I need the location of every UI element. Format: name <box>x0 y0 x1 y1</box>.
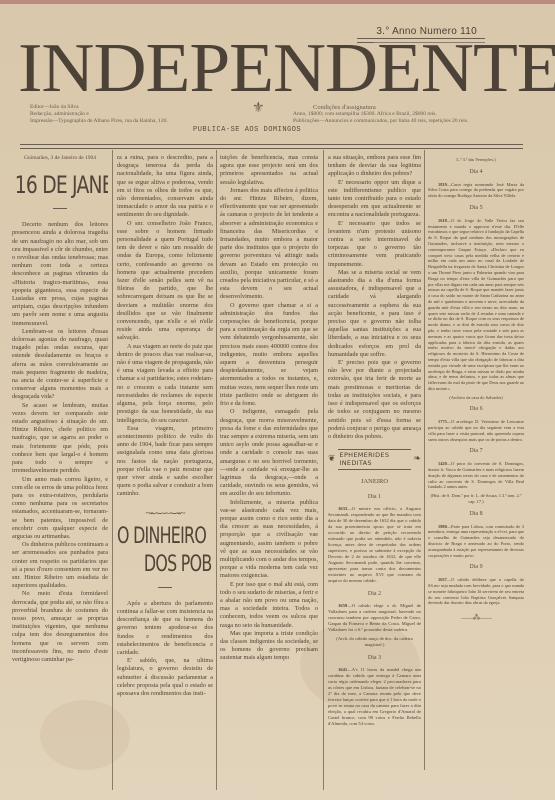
paragraph: E' necessario que todos se levantem n'um… <box>328 220 421 269</box>
editor-line: Impressão—Typographia de Albano Pires, r… <box>30 118 168 125</box>
ephemeris-entry: 1641—A's 11 horas da manhã chega um cara… <box>328 667 421 727</box>
entry-year: 1637 <box>438 577 447 582</box>
column-rule <box>216 150 217 790</box>
editor-line: Redacção, administração e <box>30 111 168 118</box>
day-heading: Dia 9 <box>428 565 524 571</box>
dateline: Guimarães, 3 de Janeiro de 1904 <box>12 154 108 162</box>
entry-source: (Arch. do cabido maço de doc. da cadeira… <box>328 636 421 648</box>
column-4: a sua situação, embora para esse fim ten… <box>328 154 421 727</box>
day-heading: Dia 5 <box>428 206 524 212</box>
editor-line: Editor—João da Silva <box>30 104 168 111</box>
ornament-icon: ❦ <box>328 455 336 463</box>
column-rule <box>424 150 425 770</box>
entry-year: 1659 <box>338 603 347 608</box>
paragraph: Se acaso se lembram, muitas vezes devem … <box>12 402 108 476</box>
paragraph: Após a abertura do parlamento continua a… <box>117 600 213 657</box>
column-2: ra a ruina, para o descredito, para a de… <box>117 154 213 698</box>
column-3: tuições de beneficencia, mas consta agor… <box>220 154 318 663</box>
paragraph: Decerto nenhum dos leitores presenceou a… <box>12 221 108 328</box>
entry-source: (Hist. de S. Dom.º por fr. L. de Souza, … <box>428 493 524 505</box>
masthead-rule <box>20 144 523 149</box>
headline-rule <box>158 587 172 588</box>
column-5: L.º 3.º das Vereações.) Dia 4 1819—Carta… <box>428 154 524 622</box>
paragraph: ra a ruina, para o descredito, para a de… <box>117 154 213 220</box>
column-1: Guimarães, 3 de Janeiro de 1904 16 DE JA… <box>12 154 108 664</box>
paragraph: E' preciso pois que o governo não leve p… <box>328 359 421 441</box>
paragraph: E por isso que o mal ahi está, com todo … <box>220 581 318 630</box>
conditions-title: Condições d'assignatura <box>293 104 468 111</box>
paragraph: Lembram-se os leitores d'essas dolorosas… <box>12 328 108 402</box>
day-heading: Dia 8 <box>428 512 524 518</box>
entry-year: 1819 <box>438 182 447 187</box>
publication-schedule: PUBLICA-SE AOS DOMINGOS <box>193 126 301 134</box>
paragraph: O governo quer chamar a si a administraç… <box>220 302 318 409</box>
conditions-line: Publicações—Annuncios e communicados, po… <box>293 118 468 125</box>
entry-text: —A's 11 horas da manhã chega um carabina… <box>328 667 421 726</box>
paragraph: Mas que importa a triste condição das cl… <box>220 630 318 663</box>
ephemerides-header: ❦ EPHEMERIDES INEDITAS ❧ <box>328 449 421 469</box>
day-heading: Dia 4 <box>428 170 524 176</box>
day-heading: Dia 1 <box>328 494 421 500</box>
article-headline: 16 DE JANEIRO <box>15 170 105 200</box>
ephemeris-entry: 1618—O dr. Jorge do Valle Vieira faz seu… <box>428 218 524 392</box>
end-ornament: ——⁂—— <box>428 616 524 622</box>
ephemeris-entry: 1819—Carta regia nomeando José Maria da … <box>428 182 524 199</box>
paragraph: O snr. conselheiro João Franco, esse sob… <box>117 220 213 343</box>
entry-text: —O mestre em officio, a Augusto Secomand… <box>328 506 421 583</box>
headline-rule <box>53 208 67 209</box>
day-heading: Dia 2 <box>328 591 421 597</box>
column-rule <box>323 150 324 790</box>
day-heading: Dia 6 <box>428 407 524 413</box>
newspaper-title: INDEPENDENTE <box>18 34 511 104</box>
section-divider-ornament: ~⌁⁓∽⁓⌁~ <box>117 509 213 517</box>
paragraph: No meio d'esta formidavel derrocada, que… <box>12 590 108 664</box>
ephemerides-col4: Dia 1 1633—O mestre em officio, a August… <box>328 494 421 727</box>
ephemeris-entry: 1633—O mestre em officio, a Augusto Seco… <box>328 506 421 584</box>
entry-source: (Archivo da casa do Salvador) <box>428 395 524 401</box>
entry-year: 1633 <box>338 506 347 511</box>
paragraph: Os dinheiros publicos continuam a ser ar… <box>12 541 108 590</box>
day-heading: Dia 7 <box>428 449 524 455</box>
paper-stain <box>40 700 130 770</box>
editor-info: Editor—João da Silva Redacção, administr… <box>30 104 168 125</box>
ephemeris-entry: 1659—O cabido elege o dr. Miguel de Vall… <box>328 603 421 633</box>
entry-year: 1420 <box>438 461 447 466</box>
paragraph: Essa viagem, primeiro acontecimento poli… <box>117 425 213 499</box>
entry-year: 1618 <box>438 218 447 223</box>
entry-year: 1880 <box>438 524 447 529</box>
month-heading: JANEIRO <box>328 478 421 486</box>
ephemeris-entry: 1420—O prior do convento de S. Domingos,… <box>428 461 524 490</box>
paragraph: A sua viagem ao norte do paiz que dentro… <box>117 343 213 425</box>
article-headline: O DINHEIRO <box>117 523 186 551</box>
entry-year: 1775 <box>438 419 447 424</box>
paragraph: a sua situação, embora para esse fim ten… <box>328 154 421 179</box>
day-heading: Dia 3 <box>328 655 421 661</box>
entry-source: L.º 3.º das Vereações.) <box>428 157 524 163</box>
entry-text: —O dr. Jorge do Valle Vieira faz seu tes… <box>428 218 524 391</box>
ephemerides-title: EPHEMERIDES INEDITAS <box>338 449 412 469</box>
ephemeris-entry: 1775—O arcebispo D. Verissimo de Lencast… <box>428 419 524 442</box>
entry-year: 1641 <box>338 667 347 672</box>
subscription-conditions: Condições d'assignatura Anno, 1$000; com… <box>293 104 468 125</box>
paragraph: E' sabido, que, na ultima legislatura, o… <box>117 657 213 698</box>
paragraph: E' necessario oppor um dique a este indi… <box>328 179 421 220</box>
ephemeris-entry: 1637—O cabido delibera que a capella do … <box>428 577 524 606</box>
ornament-icon: ❧ <box>413 455 421 463</box>
column-rule <box>112 150 113 790</box>
newspaper-page: 3.° Anno Numero 110 INDEPENDENTE Editor—… <box>0 0 555 800</box>
paragraph: Um anno mais correu ligeiro, e com elle … <box>12 476 108 542</box>
ephemeris-entry: 1880—Parte para Lisboa, com commissão de… <box>428 524 524 559</box>
paragraph: Infelizmente, a miseria publica vae-se a… <box>220 499 318 581</box>
article-headline: DOS POBRES <box>144 551 213 579</box>
fleuron-icon: ⚜ <box>252 100 265 117</box>
paragraph: Jornaes dos mais affectos á politica do … <box>220 187 318 302</box>
conditions-line: Anno, 1$000; com estampilha 1$300. Afric… <box>293 111 468 118</box>
paragraph: Mas se a miseria social se vem alastrand… <box>328 269 421 359</box>
entry-text: —Parte para Lisboa, com commissão de 3 m… <box>428 524 524 558</box>
paragraph: O indigente, esmagado pela desgraça, que… <box>220 408 318 498</box>
paragraph: tuições de beneficencia, mas consta agor… <box>220 154 318 187</box>
